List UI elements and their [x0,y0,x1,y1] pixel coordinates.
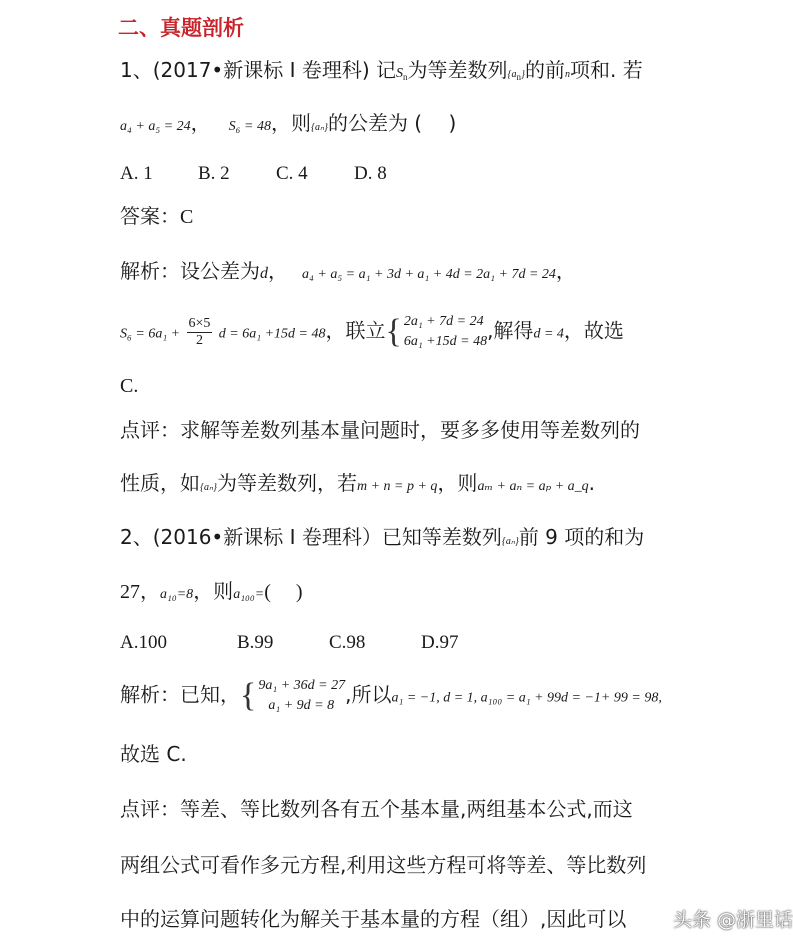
eq: a₁₀₀= [233,587,264,602]
q1-text: 为等差数列 [408,58,508,82]
text: ,所以 [345,683,391,707]
q2-conclusion: 故选 C. [120,740,187,768]
analysis-eq1: a₄ + a₅ = a₁ + 3d + a₁ + 4d = 2a₁ + 7d =… [302,267,556,282]
eq: a₁ = −1, d = 1, a₁₀₀ = a₁ + 99d = −1+ 99… [391,691,661,706]
q2-analysis: 解析：已知，{9a₁ + 36d = 27a₁ + 9d = 8,所以a₁ = … [120,676,662,716]
equation-system: {9a₁ + 36d = 27a₁ + 9d = 8 [240,676,345,716]
sep: ， [268,259,288,283]
q2-option-c: C.98 [329,629,421,657]
text: 前 9 项的和为 [519,525,644,549]
text: . [589,471,595,495]
text: ( ) [264,581,302,603]
solve-text: ,解得 [487,319,533,343]
lianli-text: ，联立 [325,319,385,343]
eq: m + n = p + q [357,479,437,494]
q2-option-b: B.99 [237,629,329,657]
sep: ， [556,259,576,283]
equation-system: {2a₁ + 7d = 246a₁ +15d = 48 [385,312,487,352]
text: 解析：已知， [120,683,240,707]
analysis-eq2-left: S₆ = 6a₁ + [120,327,180,342]
eq: a₁₀=8 [160,587,193,602]
q1-an: {an} [508,69,526,80]
q1-answer: 答案：C [120,202,193,231]
q2-stem-line2: 27，a₁₀=8，则a₁₀₀=( ) [120,577,303,609]
q2-comment-line3: 中的运算问题转化为解关于基本量的方程（组）,因此可以 [120,905,626,933]
q1-comment-line1: 点评：求解等差数列基本量问题时，要多多使用等差数列的 [120,416,640,444]
q1-choice: C. [120,372,138,400]
q2-comment-line2: 两组公式可看作多元方程,利用这些方程可将等差、等比数列 [120,851,646,879]
q1-option-d: D. 8 [354,160,387,188]
q1-eq2: S₆ = 48 [229,119,271,134]
q2-option-d: D.97 [421,629,458,657]
q1-prefix: 1、(2017•新课标 I 卷理科) 记 [120,58,396,82]
fraction: 6×52 [187,316,213,349]
q1-option-c: C. 4 [276,160,354,188]
var-d: d [260,265,268,282]
q1-Sn: Sn [396,66,408,81]
q1-eq1: a₄ + a₅ = 24 [120,119,191,134]
q2-option-a: A.100 [120,629,237,657]
answer-label: 答案： [120,204,180,228]
analysis-eq2-right: d = 6a₁ +15d = 48 [219,327,326,342]
brace-icon: { [385,315,401,349]
section-heading: 二、真题剖析 [118,14,244,42]
q1-comment-line2: 性质，如{aₙ}为等差数列，若m + n = p + q，则aₘ + aₙ = … [120,469,595,502]
q1-stem-line1: 1、(2017•新课标 I 卷理科) 记Sn为等差数列{an}的前n项和. 若 [120,56,643,91]
q1-options: A. 1B. 2C. 4D. 8 [120,158,387,188]
watermark: 头条 @浙里话语 [673,905,793,932]
brace-icon: { [240,679,256,713]
q1-suffix: 项和. 若 [570,58,643,82]
q1-analysis-line1: 解析：设公差为d，a₄ + a₅ = a₁ + 3d + a₁ + 4d = 2… [120,257,576,289]
q1-analysis-line2: S₆ = 6a₁ + 6×52 d = 6a₁ +15d = 48，联立{2a₁… [120,312,624,352]
text: 性质，如 [120,471,200,495]
q1-text4: 的公差为 ( ) [328,111,456,135]
q2-comment-line1: 点评：等差、等比数列各有五个基本量,两组基本公式,而这 [120,795,633,823]
sep: ， [191,111,211,135]
q1-option-b: B. 2 [198,160,276,188]
text: 为等差数列，若 [217,471,357,495]
text: ，则 [437,471,477,495]
eq: aₘ + aₙ = aₚ + a_q [477,479,588,494]
an: {aₙ} [200,482,217,493]
an: {aₙ} [502,536,519,547]
text: 27， [120,581,160,603]
choose-text: ，故选 [564,319,624,343]
text: ，则 [193,579,233,603]
analysis-label: 解析：设公差为 [120,259,260,283]
answer-value: C [180,206,193,228]
text: 2、(2016•新课标 I 卷理科）已知等差数列 [120,525,502,549]
q1-option-a: A. 1 [120,160,198,188]
q1-text3: ，则 [271,111,311,135]
q2-stem-line1: 2、(2016•新课标 I 卷理科）已知等差数列{aₙ}前 9 项的和为 [120,523,644,556]
q1-an2: {aₙ} [311,122,328,133]
q2-options: A.100B.99C.98D.97 [120,627,458,657]
q1-text2: 的前 [525,58,565,82]
result: d = 4 [533,327,563,342]
q1-stem-line2: a₄ + a₅ = 24，S₆ = 48，则{aₙ}的公差为 ( ) [120,109,456,142]
